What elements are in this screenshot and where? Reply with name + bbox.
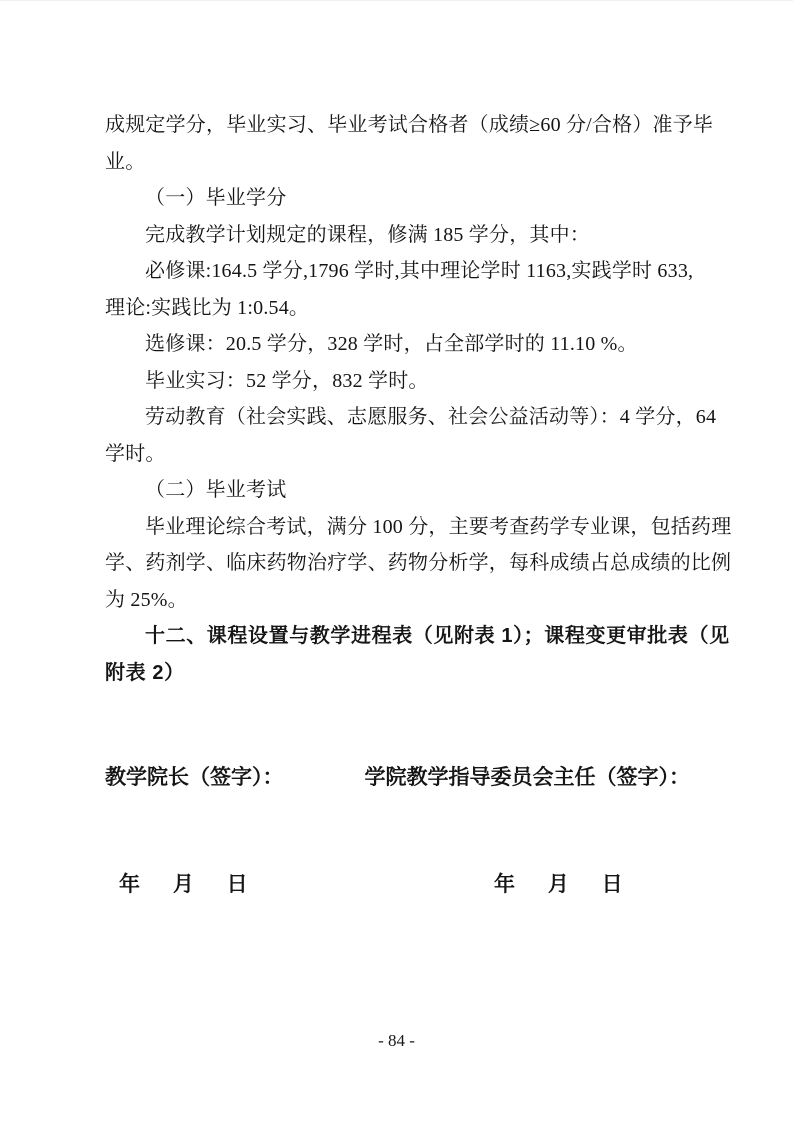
date-row: 年 月 日 年 月 日 [0, 865, 793, 905]
paragraph-line: 选修课：20.5 学分，328 学时，占全部学时的 11.10 %。 [105, 326, 745, 363]
date-line-right: 年 月 日 [494, 865, 623, 905]
subsection-title: （一）毕业学分 [105, 180, 745, 217]
subsection-title: （二）毕业考试 [105, 472, 745, 509]
section-heading-line: 十二、课程设置与教学进程表（见附表 1）；课程变更审批表（见 [105, 618, 745, 655]
paragraph-line: 毕业理论综合考试，满分 100 分，主要考查药学专业课，包括药理 [105, 509, 745, 546]
document-page: 成规定学分，毕业实习、毕业考试合格者（成绩≥60 分/合格）准予毕 业。 （一）… [0, 0, 793, 1123]
paragraph-line: 学、药剂学、临床药物治疗学、药物分析学，每科成绩占总成绩的比例 [105, 545, 705, 582]
paragraph-line: 必修课:164.5 学分,1796 学时,其中理论学时 1163,实践学时 63… [105, 253, 745, 290]
paragraph-line: 完成教学计划规定的课程，修满 185 学分，其中： [105, 217, 745, 254]
date-line-left: 年 月 日 [119, 865, 248, 905]
signature-dean-label: 教学院长（签字）： [105, 758, 284, 798]
paragraph-line: 学时。 [105, 436, 705, 473]
paragraph-line: 劳动教育（社会实践、志愿服务、社会公益活动等）：4 学分，64 [105, 399, 745, 436]
paragraph-line: 成规定学分，毕业实习、毕业考试合格者（成绩≥60 分/合格）准予毕 [105, 107, 705, 144]
section-heading-line: 附表 2） [105, 655, 705, 692]
paragraph-line: 理论:实践比为 1:0.54。 [105, 290, 705, 327]
page-number: - 84 - [0, 1029, 793, 1053]
signature-row: 教学院长（签字）： 学院教学指导委员会主任（签字）： [105, 758, 690, 798]
paragraph-line: 为 25%。 [105, 582, 705, 619]
signature-committee-chair-label: 学院教学指导委员会主任（签字）： [365, 758, 691, 798]
paragraph-line: 业。 [105, 144, 705, 181]
paragraph-line: 毕业实习：52 学分，832 学时。 [105, 363, 745, 400]
